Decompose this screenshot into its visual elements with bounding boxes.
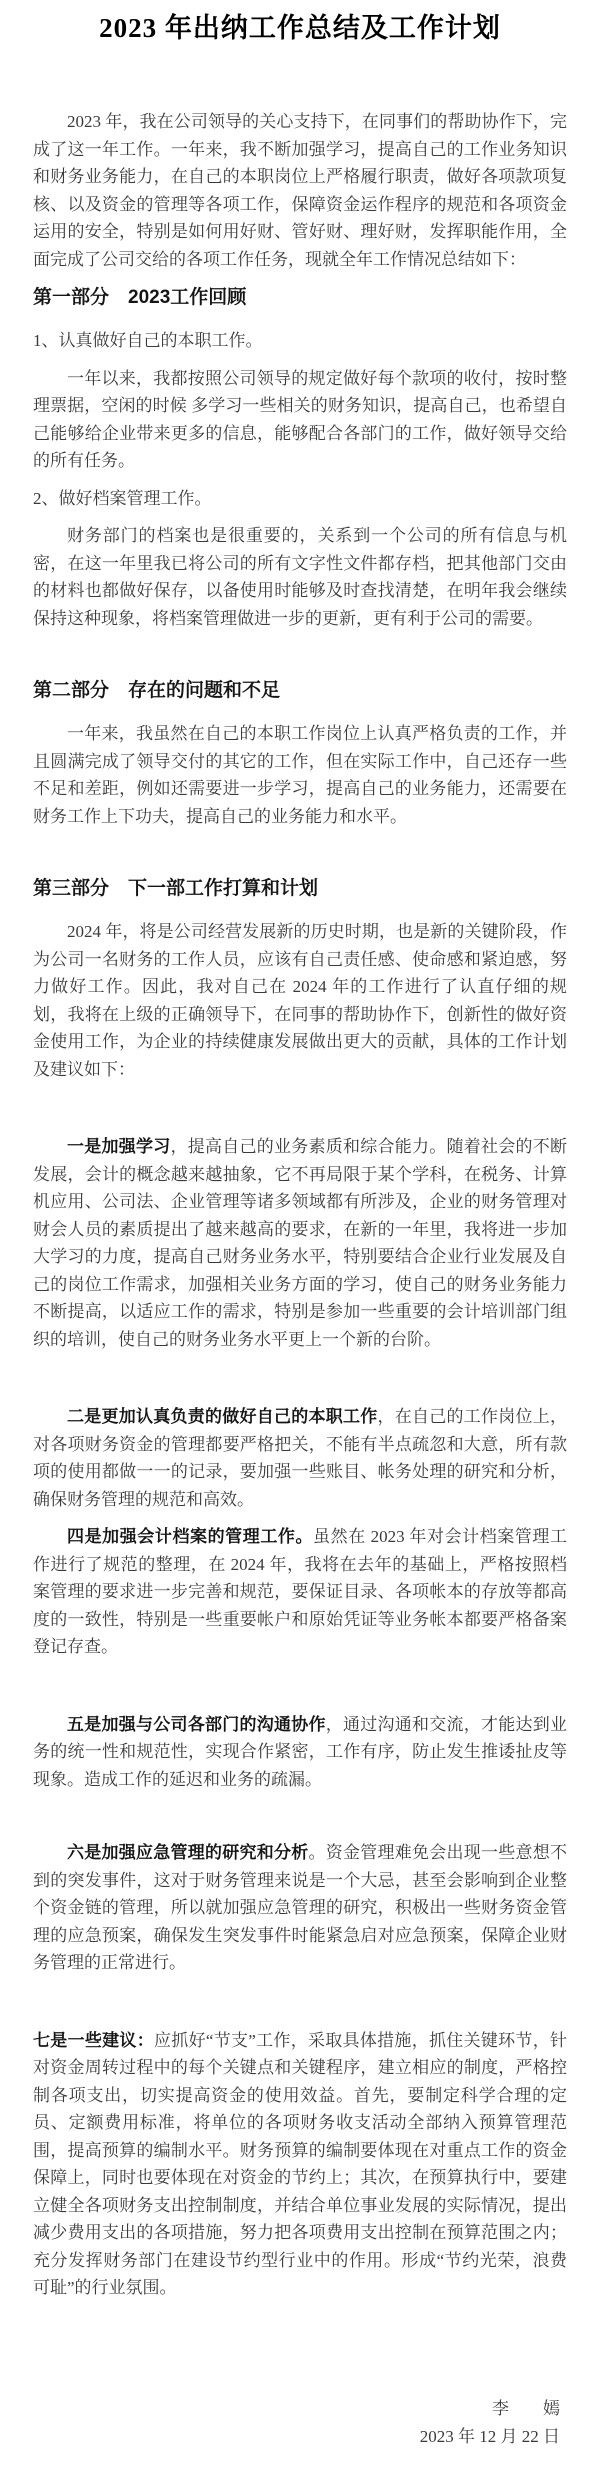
document-page: 2023 年出纳工作总结及工作计划 2023 年，我在公司领导的关心支持下，在同…	[0, 0, 600, 2470]
plan-point-1: 一是加强学习，提高自己的业务素质和综合能力。随着社会的不断发展，会计的概念越来越…	[33, 1133, 567, 1353]
plan-point-5: 六是加强应急管理的研究和分析。资金管理难免会出现一些意想不到的突发事件，这对于财…	[33, 1839, 567, 1977]
plan-point-6-lead: 七是一些建议：	[33, 2031, 154, 2050]
plan-point-1-lead: 一是加强学习	[67, 1137, 171, 1156]
plan-point-5-lead: 六是加强应急管理的研究和分析	[67, 1843, 309, 1862]
plan-point-6-text: 应抓好“节支”工作，采取具体措施，抓住关键环节，针对资金周转过程中的每个关键点和…	[33, 2031, 567, 2298]
part1-item2-title: 2、做好档案管理工作。	[33, 485, 567, 513]
signature-date: 2023 年 12 月 22 日	[420, 2423, 560, 2451]
part3-intro-paragraph: 2024 年，将是公司经营发展新的历史时期，也是新的关键阶段，作为公司一名财务的…	[33, 918, 567, 1083]
part1-item1-title: 1、认真做好自己的本职工作。	[33, 327, 567, 355]
plan-point-5-text: 。资金管理难免会出现一些意想不到的突发事件，这对于财务管理来说是一个大忌，甚至会…	[33, 1843, 567, 1972]
signature-name: 李 嫣	[420, 2395, 560, 2423]
plan-point-3-text: 虽然在 2023 年对会计档案管理工作进行了规范的整理，在 2024 年，我将在…	[33, 1527, 567, 1656]
plan-point-6: 七是一些建议：应抓好“节支”工作，采取具体措施，抓住关键环节，针对资金周转过程中…	[33, 2027, 567, 2302]
plan-point-4: 五是加强与公司各部门的沟通协作，通过沟通和交流，才能达到业务的统一性和规范性，实…	[33, 1711, 567, 1794]
plan-point-2-lead: 二是更加认真负责的做好自己的本职工作	[67, 1407, 378, 1426]
heading-part2: 第二部分 存在的问题和不足	[33, 678, 567, 704]
part1-item2-body: 财务部门的档案也是很重要的，关系到一个公司的所有信息与机密，在这一年里我已将公司…	[33, 522, 567, 632]
plan-point-3-lead: 四是加强会计档案的管理工作。	[67, 1527, 313, 1546]
signature-block: 李 嫣 2023 年 12 月 22 日	[420, 2395, 560, 2450]
document-title: 2023 年出纳工作总结及工作计划	[33, 0, 567, 48]
part1-item1-body: 一年以来，我都按照公司领导的规定做好每个款项的收付，按时整理票据，空闲的时候 多…	[33, 365, 567, 475]
plan-point-4-lead: 五是加强与公司各部门的沟通协作	[67, 1715, 326, 1734]
plan-point-3: 四是加强会计档案的管理工作。虽然在 2023 年对会计档案管理工作进行了规范的整…	[33, 1523, 567, 1661]
intro-paragraph: 2023 年，我在公司领导的关心支持下，在同事们的帮助协作下，完成了这一年工作。…	[33, 108, 567, 273]
heading-part1: 第一部分 2023工作回顾	[33, 285, 567, 311]
plan-point-1-text: ，提高自己的业务素质和综合能力。随着社会的不断发展，会计的概念越来越抽象，它不再…	[33, 1137, 567, 1349]
part2-paragraph: 一年来，我虽然在自己的本职工作岗位上认真严格负责的工作，并且圆满完成了领导交付的…	[33, 720, 567, 830]
plan-point-2: 二是更加认真负责的做好自己的本职工作，在自己的工作岗位上，对各项财务资金的管理都…	[33, 1403, 567, 1513]
heading-part3: 第三部分 下一部工作打算和计划	[33, 876, 567, 902]
